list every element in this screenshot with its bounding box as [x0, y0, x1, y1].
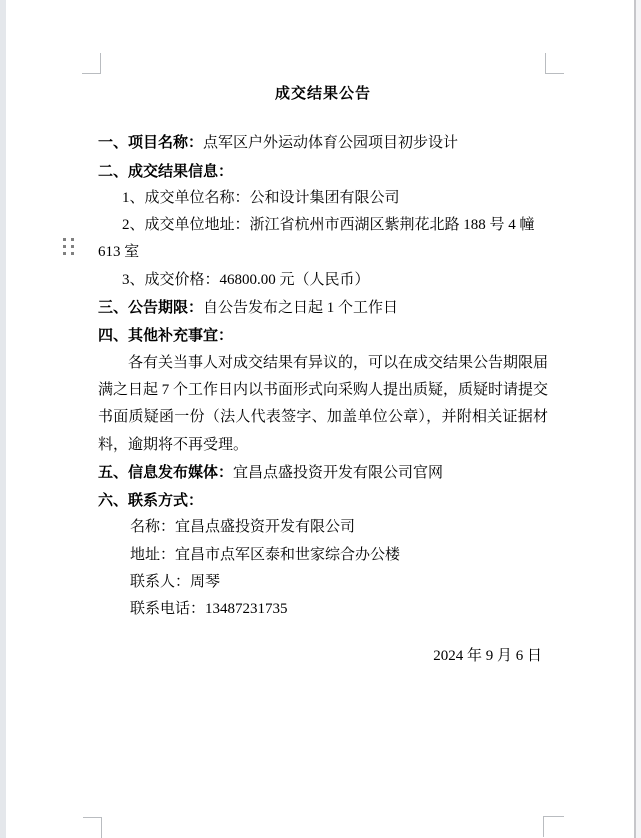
- deal-company-address-line[interactable]: 2、成交单位地址：浙江省杭州市西湖区紫荆花北路 188 号 4 幢: [98, 212, 548, 239]
- section-5-value[interactable]: 宜昌点盛投资开发有限公司官网: [233, 465, 443, 481]
- margin-mark-top-left: [82, 53, 101, 74]
- scrollbar-track[interactable]: [636, 0, 641, 838]
- section-1-label[interactable]: 一、项目名称：: [98, 134, 203, 151]
- paragraph-drag-handle-icon[interactable]: [63, 238, 74, 255]
- margin-mark-top-right: [545, 53, 564, 74]
- section-2-heading[interactable]: 二、成交结果信息：: [98, 158, 548, 185]
- contact-address-line[interactable]: 地址：宜昌市点军区泰和世家综合办公楼: [98, 542, 548, 569]
- document-body[interactable]: 成交结果公告 一、项目名称：点军区户外运动体育公园项目初步设计 二、成交结果信息…: [98, 80, 548, 670]
- section-5-label[interactable]: 五、信息发布媒体：: [98, 464, 233, 481]
- document-date[interactable]: 2024 年 9 月 6 日: [98, 643, 548, 670]
- deal-company-address-continuation[interactable]: 613 室: [98, 239, 548, 266]
- document-title[interactable]: 成交结果公告: [98, 80, 548, 107]
- section-3-label[interactable]: 三、公告期限：: [98, 299, 203, 316]
- section-4-heading[interactable]: 四、其他补充事宜：: [98, 322, 548, 349]
- document-page[interactable]: 成交结果公告 一、项目名称：点军区户外运动体育公园项目初步设计 二、成交结果信息…: [0, 0, 641, 838]
- margin-mark-bottom-right: [543, 816, 564, 837]
- section-6-heading[interactable]: 六、联系方式：: [98, 487, 548, 514]
- margin-mark-bottom-left: [83, 817, 102, 838]
- section-5-heading[interactable]: 五、信息发布媒体：宜昌点盛投资开发有限公司官网: [98, 459, 548, 487]
- section-3-heading[interactable]: 三、公告期限：自公告发布之日起 1 个工作日: [98, 294, 548, 322]
- section-3-value[interactable]: 自公告发布之日起 1 个工作日: [203, 300, 398, 316]
- deal-price-line[interactable]: 3、成交价格：46800.00 元（人民币）: [98, 267, 548, 294]
- canvas-left-edge: [0, 0, 6, 838]
- deal-company-name-line[interactable]: 1、成交单位名称：公和设计集团有限公司: [98, 185, 548, 212]
- contact-name-line[interactable]: 名称：宜昌点盛投资开发有限公司: [98, 514, 548, 541]
- contact-person-line[interactable]: 联系人：周琴: [98, 569, 548, 596]
- contact-phone-line[interactable]: 联系电话：13487231735: [98, 596, 548, 623]
- section-1-heading[interactable]: 一、项目名称：点军区户外运动体育公园项目初步设计: [98, 129, 548, 157]
- section-1-value[interactable]: 点军区户外运动体育公园项目初步设计: [203, 135, 458, 151]
- section-4-paragraph[interactable]: 各有关当事人对成交结果有异议的，可以在成交结果公告期限届满之日起 7 个工作日内…: [98, 350, 548, 459]
